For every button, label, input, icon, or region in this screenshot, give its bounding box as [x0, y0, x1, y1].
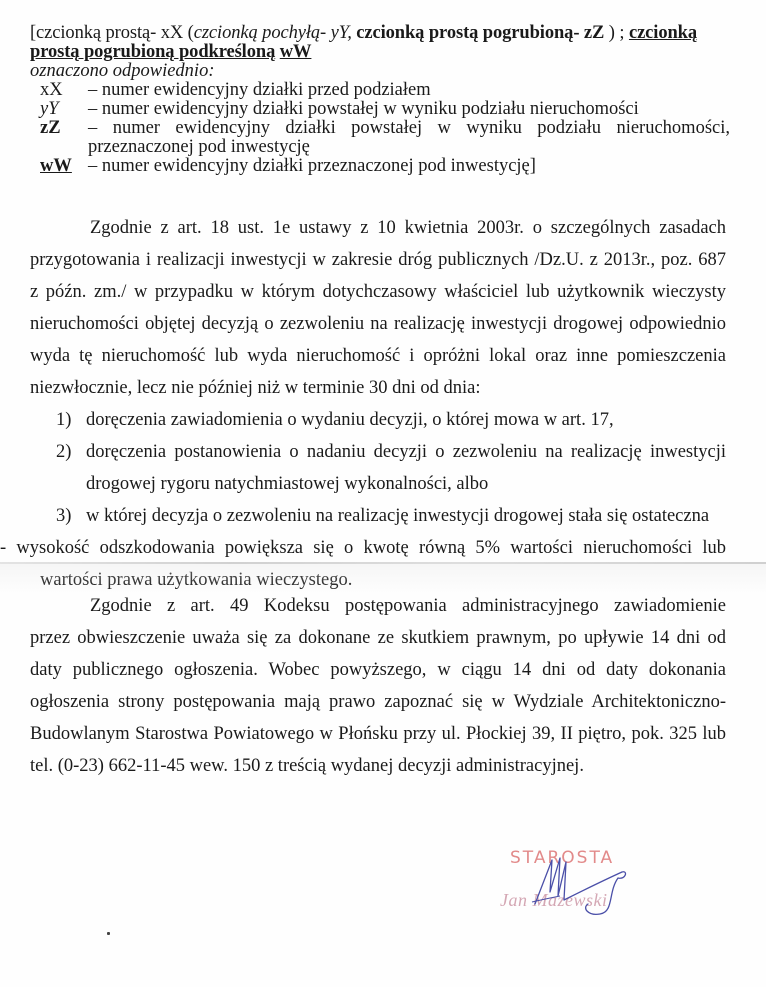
list-item: 1) doręczenia zawiadomienia o wydaniu de…: [56, 404, 726, 436]
scan-speck: [107, 932, 110, 935]
paragraph-art-49: Zgodnie z art. 49 Kodeksu postępowania a…: [30, 590, 726, 782]
legend-key-ww: wW: [280, 42, 312, 62]
legend-key: zZ: [40, 119, 88, 138]
font-legend: [czcionką prostą- xX (czcionką pochyłą- …: [30, 24, 730, 176]
legend-item-zz: zZ – numer ewidencyjny działki powstałej…: [30, 119, 730, 138]
legend-desc: – numer ewidencyjny działki powstałej w …: [88, 100, 730, 119]
document-page: [czcionką prostą- xX (czcionką pochyłą- …: [0, 0, 766, 987]
list-number: 3): [56, 500, 86, 532]
list-number: 1): [56, 404, 86, 436]
legend-separator: ) ;: [604, 23, 629, 43]
legend-key: wW: [40, 157, 88, 176]
paragraph-art-18: Zgodnie z art. 18 ust. 1e ustawy z 10 kw…: [30, 212, 726, 404]
legend-key: xX: [40, 81, 88, 100]
paragraph-line: Zgodnie z art. 18 ust. 1e ustawy z 10 kw…: [30, 212, 726, 244]
list-item: 3) w której decyzja o zezwoleniu na real…: [56, 500, 726, 532]
list-item: 2) doręczenia postanowienia o nadaniu de…: [56, 436, 726, 500]
list-text: w której decyzja o zezwoleniu na realiza…: [86, 500, 726, 532]
legend-key: yY: [40, 100, 88, 119]
legend-desc: – numer ewidencyjny działki przed podzia…: [88, 81, 730, 100]
paragraph-line: przez obwieszczenie uważa się za dokonan…: [30, 622, 726, 654]
list-text: drogowej rygoru natychmiastowej wykonaln…: [86, 468, 726, 500]
legend-item-xx: xX – numer ewidencyjny działki przed pod…: [30, 81, 730, 100]
paragraph-line: - wysokość odszkodowania powiększa się o…: [0, 532, 726, 564]
legend-item-ww: wW – numer ewidencyjny działki przeznacz…: [30, 157, 730, 176]
list-text: doręczenia zawiadomienia o wydaniu decyz…: [86, 404, 726, 436]
legend-intro-line2: prostą pogrubioną podkreśloną wW: [30, 43, 730, 62]
paragraph-line: nieruchomości objętej decyzją o zezwolen…: [30, 308, 726, 340]
legend-plain-text: [czcionką prostą- xX (: [30, 23, 194, 43]
list-number: 2): [56, 436, 86, 500]
legend-italic-text: czcionką pochyłą- yY,: [194, 23, 352, 43]
paragraph-line: z późn. zm./ w przypadku w którym dotych…: [30, 276, 726, 308]
paragraph-line: niezwłocznie, lecz nie później niż w ter…: [30, 372, 726, 404]
legend-item-yy: yY – numer ewidencyjny działki powstałej…: [30, 100, 730, 119]
legend-bold-underline-text-2: prostą pogrubioną podkreśloną: [30, 42, 275, 62]
list-text: doręczenia postanowienia o nadaniu decyz…: [86, 436, 726, 468]
legend-bold-text: czcionką prostą pogrubioną- zZ: [356, 23, 604, 43]
legend-desc: – numer ewidencyjny działki przeznaczone…: [88, 157, 730, 176]
paragraph-line: Zgodnie z art. 49 Kodeksu postępowania a…: [30, 590, 726, 622]
numbered-list: 1) doręczenia zawiadomienia o wydaniu de…: [56, 404, 726, 532]
paragraph-line: wyda tę nieruchomość lub wyda nieruchomo…: [30, 340, 726, 372]
paragraph-line: daty publicznego ogłoszenia. Wobec powyż…: [30, 654, 726, 686]
legend-subtitle: oznaczono odpowiednio:: [30, 62, 730, 81]
paragraph-line: Budowlanym Starostwa Powiatowego w Płońs…: [30, 718, 726, 750]
paragraph-line: przygotowania i realizacji inwestycji w …: [30, 244, 726, 276]
legend-desc-continuation: przeznaczonej pod inwestycję: [30, 138, 730, 157]
handwritten-signature-icon: [530, 852, 640, 922]
paragraph-line: tel. (0-23) 662-11-45 wew. 150 z treścią…: [30, 750, 726, 782]
legend-desc: – numer ewidencyjny działki powstałej w …: [88, 119, 730, 138]
legend-intro-line1: [czcionką prostą- xX (czcionką pochyłą- …: [30, 24, 730, 43]
legend-bold-underline-text: czcionką: [629, 23, 697, 43]
paragraph-line: ogłoszenia strony postępowania mają praw…: [30, 686, 726, 718]
